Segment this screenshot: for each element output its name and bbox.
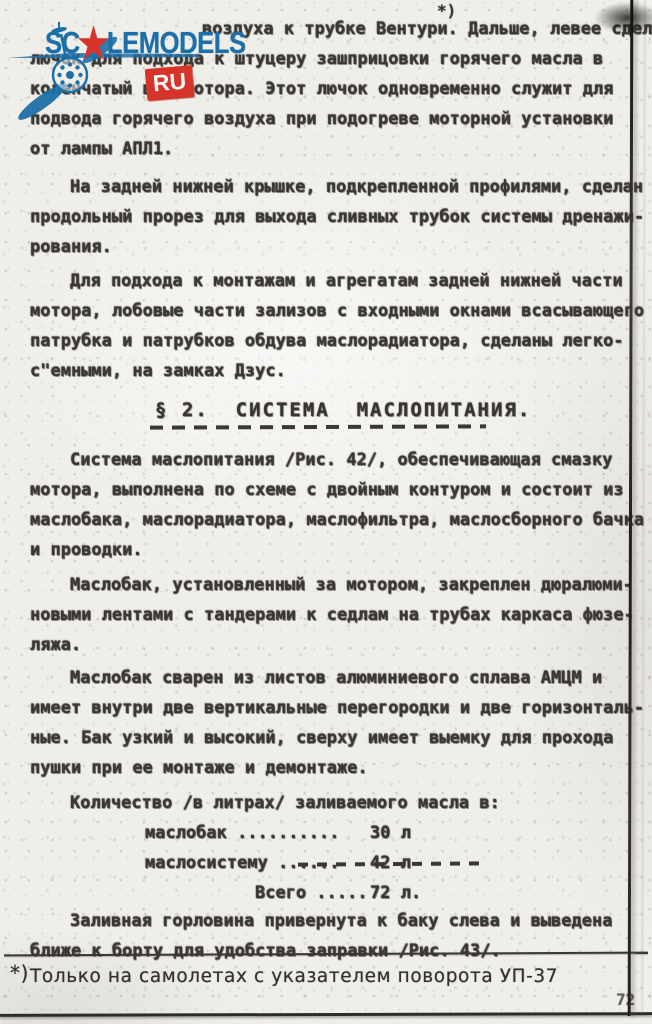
paragraph-filler-neck: Заливная горловина привернута к баку сле… bbox=[30, 906, 634, 966]
oil-label: маслосистему bbox=[145, 853, 268, 873]
footnote-marker: *) bbox=[10, 961, 29, 985]
text-line: Маслобак, установленный за мотором, закр… bbox=[30, 570, 634, 600]
text-line: и проводки. bbox=[30, 535, 634, 565]
dot-leader: ..... bbox=[306, 883, 367, 903]
bottom-frame-line bbox=[0, 1012, 652, 1017]
text-line: с"емными, на замках Дзус. bbox=[30, 356, 634, 386]
text-line: рования. bbox=[30, 232, 634, 262]
oil-row-total: Всего .....72 л. bbox=[30, 878, 634, 908]
oil-row-tank: маслобак ..........30 л bbox=[30, 818, 634, 848]
text-line: продольный прорез для выхода сливных тру… bbox=[30, 202, 634, 232]
text-line: Количество /в литрах/ заливаемого масла … bbox=[30, 788, 634, 818]
text-line: от лампы АПЛ1. bbox=[30, 134, 634, 164]
paragraph-access-panels: Для подхода к монтажам и агрегатам задне… bbox=[30, 266, 634, 386]
text-line: имеет внутри две вертикальные перегородк… bbox=[30, 693, 634, 723]
text-line: Заливная горловина привернута к баку сле… bbox=[30, 906, 634, 936]
heading-underline bbox=[150, 424, 486, 429]
oil-value: 72 л. bbox=[370, 878, 421, 908]
watermark-lemodels: LEMODELS bbox=[107, 26, 246, 60]
text-line: новыми лентами с тандерами к седлам на т… bbox=[30, 600, 634, 630]
text-line: мотора, выполнена по схеме с двойным кон… bbox=[30, 475, 634, 505]
star-icon: ★ bbox=[78, 21, 109, 67]
scan-smudge bbox=[575, 0, 652, 48]
dot-leader: .......... bbox=[227, 823, 340, 843]
text-line: На задней нижней крышке, подкрепленной п… bbox=[30, 172, 634, 202]
section-heading: § 2. СИСТЕМА МАСЛОПИТАНИЯ. bbox=[155, 399, 531, 421]
paragraph-oil-system-overview: Система маслопитания /Рис. 42/, обеспечи… bbox=[30, 445, 634, 565]
watermark-wordmark: SC★LEMODELS bbox=[45, 23, 246, 64]
watermark-sc: SC bbox=[45, 26, 80, 60]
text-line: пушки при ее монтаже и демонтаже. bbox=[30, 753, 634, 783]
text-line: ляжа. bbox=[30, 630, 634, 660]
scalemodels-watermark: SC★LEMODELS RU bbox=[0, 0, 260, 120]
text-line: маслобака, маслорадиатора, маслофильтра,… bbox=[30, 505, 634, 535]
paragraph-oil-tank-mounting: Маслобак, установленный за мотором, закр… bbox=[30, 570, 634, 660]
oil-label: маслобак bbox=[145, 823, 227, 843]
text-line: Для подхода к монтажам и агрегатам задне… bbox=[30, 266, 634, 296]
paragraph-oil-quantity-intro: Количество /в литрах/ заливаемого масла … bbox=[30, 788, 634, 818]
paragraph-rear-cover: На задней нижней крышке, подкрепленной п… bbox=[30, 172, 634, 262]
watermark-ru-badge: RU bbox=[145, 65, 195, 101]
page-number: 72 bbox=[616, 990, 635, 1009]
text-line: мотора, лобовые части зализов с входными… bbox=[30, 296, 634, 326]
footnote: *)Только на самолетах с указателем повор… bbox=[10, 961, 558, 987]
oil-value: 30 л bbox=[370, 818, 411, 848]
footnote-text: Только на самолетах с указателем поворот… bbox=[30, 966, 558, 987]
scanned-document-page: { "colors": { "paper": "#efeee9", "ink":… bbox=[0, 0, 652, 1024]
oil-label: Всего bbox=[255, 883, 306, 903]
paragraph-oil-tank-construction: Маслобак сварен из листов алюминиевого с… bbox=[30, 663, 634, 783]
text-line: Система маслопитания /Рис. 42/, обеспечи… bbox=[30, 445, 634, 475]
text-line: патрубка и патрубков обдува маслорадиато… bbox=[30, 326, 634, 356]
text-line: Маслобак сварен из листов алюминиевого с… bbox=[30, 663, 634, 693]
text-line: ные. Бак узкий и высокий, сверху имеет в… bbox=[30, 723, 634, 753]
